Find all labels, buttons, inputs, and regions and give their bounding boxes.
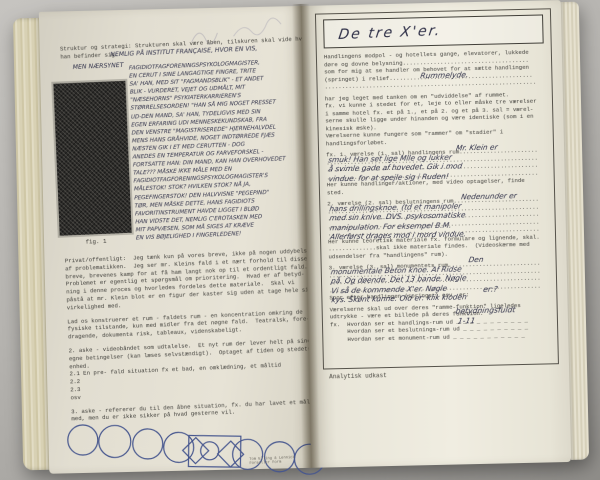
left-typed-body: Privat/offentligt: Jeg tænk kun på vores… [65, 247, 328, 424]
form-caption: Analytisk udkast [329, 372, 387, 380]
left-page-content: Struktur og strategi: Strukturen skal væ… [34, 4, 315, 477]
doodle-circle [68, 425, 98, 455]
handwriting-room3: Denmonumentale Beton knoe. Af Ridsepå. O… [330, 253, 551, 304]
handwriting-answer: er:? [483, 285, 499, 294]
page-title-handwritten: De tre X'er. [337, 19, 443, 47]
left-page: Struktur og strategi: Strukturen skal væ… [39, 6, 311, 474]
title-box: De tre X'er. [323, 14, 544, 48]
doodle-diamond [217, 441, 243, 467]
handwriting-room1: Mr. Klein ersmuk! Han set lige Mlle og l… [328, 141, 549, 183]
handwriting-column: FAGIDIOTFAGFORENINGSPSYKOLOGMAGISTER,EN … [129, 57, 314, 242]
handwriting-answer: Rummelyde. [420, 70, 469, 80]
doodle-small-circle [201, 442, 219, 460]
photo-of-open-book: Struktur og strategi: Strukturen skal væ… [0, 0, 600, 480]
handwriting-room2: Nedenunder erhans drillingsknoe. (td et … [329, 190, 550, 241]
circles-drawing [62, 422, 329, 480]
doodle-circle [133, 429, 163, 459]
handwriting-answer: 1-11 [457, 316, 476, 325]
right-page: De tre X'er. Handlingens modpol - og hot… [301, 0, 571, 468]
handwriting-insert: MEN NÆRSYNET [73, 62, 124, 71]
figure-1-halftone-image [53, 81, 131, 236]
handwriting-answer: betydningsfuldt [455, 305, 516, 315]
open-book: Struktur og strategi: Strukturen skal væ… [13, 0, 589, 476]
doodle-circle [99, 425, 131, 457]
figure-caption: fig. 1 [60, 237, 132, 247]
